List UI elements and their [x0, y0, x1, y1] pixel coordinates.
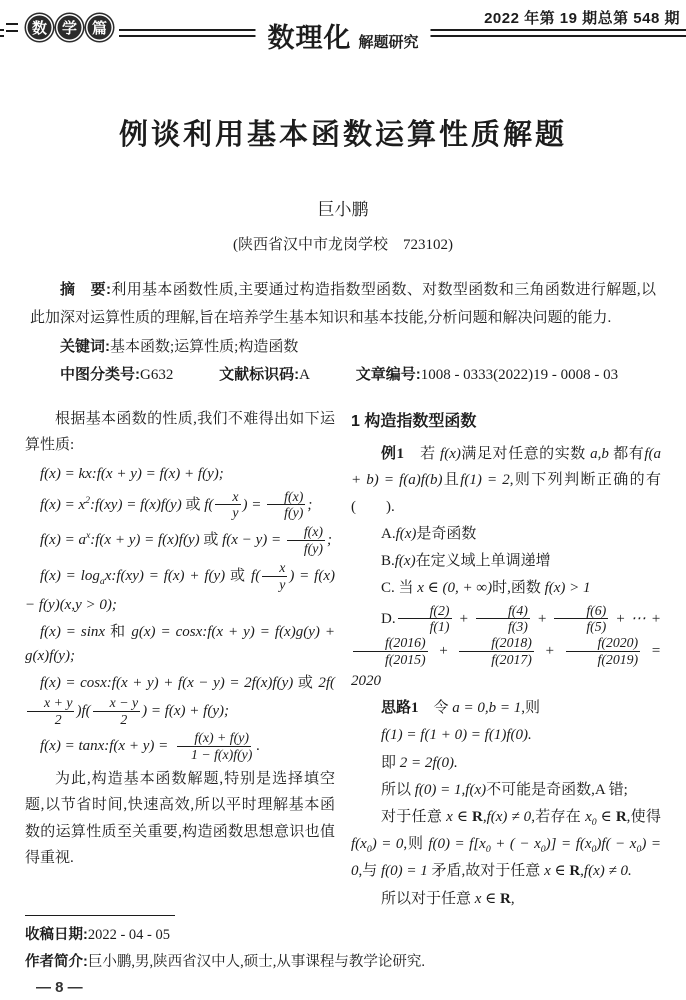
footnote-rule: [25, 915, 175, 916]
badge-coin: 数: [26, 14, 53, 41]
author-bio-line: 作者简介:巨小鹏,男,陕西省汉中人,硕士,从事课程与教学论研究.: [25, 949, 661, 976]
article-id-label: 文章编号:: [356, 366, 421, 383]
option-b: B.f(x)在定义域上单调递增: [351, 548, 661, 574]
clc-label: 中图分类号:: [60, 366, 140, 383]
author-bio-label: 作者简介:: [25, 954, 88, 970]
journal-subtitle: 解题研究: [358, 31, 418, 52]
solution-step-3: 所以 f(0) = 1,f(x)不可能是奇函数,A 错;: [351, 777, 661, 803]
left-column: 根据基本函数的性质,我们不难得出如下运算性质: f(x) = kx:f(x + …: [25, 406, 335, 913]
clc-pair: 中图分类号:G632: [60, 367, 173, 383]
received-date-value: 2022 - 04 - 05: [88, 927, 170, 943]
solution-step-1: f(1) = f(1 + 0) = f(1)f(0).: [351, 722, 661, 748]
solution-step-2: 即 2 = 2f(0).: [351, 750, 661, 776]
keywords-label: 关键词:: [60, 338, 110, 355]
author-bio-text: 巨小鹏,男,陕西省汉中人,硕士,从事课程与教学论研究.: [88, 954, 425, 970]
article-affiliation: (陕西省汉中市龙岗学校 723102): [0, 233, 686, 254]
clc-value: G632: [140, 367, 173, 383]
received-date-line: 收稿日期:2022 - 04 - 05: [25, 922, 661, 949]
page-number: — 8 —: [36, 979, 83, 996]
doc-code-label: 文献标识码:: [219, 366, 299, 383]
section-badge: 数 学 篇: [4, 14, 119, 41]
formula-logarithm: f(x) = logax:f(xy) = f(x) + f(y) 或 f(xy)…: [25, 560, 335, 617]
abstract: 摘 要:利用基本函数性质,主要通过构造指数型函数、对数型函数和三角函数进行解题,…: [30, 276, 656, 333]
article-body: 根据基本函数的性质,我们不难得出如下运算性质: f(x) = kx:f(x + …: [25, 406, 661, 913]
example-1-statement: 例1 若 f(x)满足对任意的实数 a,b 都有f(a + b) = f(a)f…: [351, 441, 661, 520]
keywords-text: 基本函数;运算性质;构造函数: [110, 339, 298, 355]
right-column: 1 构造指数型函数 例1 若 f(x)满足对任意的实数 a,b 都有f(a + …: [351, 406, 661, 913]
closing-paragraph: 为此,构造基本函数解题,特别是选择填空题,以节省时间,快速高效,所以平时理解基本…: [25, 766, 335, 871]
formula-exponential: f(x) = ax:f(x + y) = f(x)f(y) 或 f(x − y)…: [25, 524, 335, 557]
badge-coin: 篇: [86, 14, 113, 41]
option-d: D.f(2)f(1) + f(4)f(3) + f(6)f(5) + ⋯ + f…: [351, 603, 661, 695]
formula-square: f(x) = x2:f(xy) = f(x)f(y) 或 f(xy) = f(x…: [25, 489, 335, 522]
badge-coin: 学: [56, 14, 83, 41]
formula-tan: f(x) = tanx:f(x + y) = f(x) + f(y)1 − f(…: [25, 730, 335, 763]
idea-1: 思路1 令 a = 0,b = 1,则: [351, 695, 661, 721]
footnote-block: 收稿日期:2022 - 04 - 05 作者简介:巨小鹏,男,陕西省汉中人,硕士…: [25, 915, 661, 976]
journal-name: 数理化: [267, 16, 351, 55]
article-id-pair: 文章编号:1008 - 0333(2022)19 - 0008 - 03: [356, 367, 618, 383]
badge-dash-icon: [6, 23, 18, 32]
received-date-label: 收稿日期:: [25, 927, 88, 943]
intro-paragraph: 根据基本函数的性质,我们不难得出如下运算性质:: [25, 406, 335, 459]
option-a: A.f(x)是奇函数: [351, 521, 661, 547]
journal-page: 数 学 篇 数理化 解题研究 2022 年第 19 期总第 548 期 例谈利用…: [0, 0, 686, 1000]
article-author: 巨小鹏: [0, 195, 686, 220]
contradiction-paragraph: 对于任意 x ∈ R,f(x) ≠ 0,若存在 x0 ∈ R,使得f(x0) =…: [351, 804, 661, 884]
section-1-heading: 1 构造指数型函数: [351, 408, 661, 431]
formula-linear: f(x) = kx:f(x + y) = f(x) + f(y);: [25, 462, 335, 486]
classification-line: 中图分类号:G632 文献标识码:A 文章编号:1008 - 0333(2022…: [30, 361, 656, 390]
conclusion-paragraph: 所以对于任意 x ∈ R,: [351, 886, 661, 912]
abstract-label: 摘 要:: [60, 281, 111, 298]
keywords: 关键词:基本函数;运算性质;构造函数: [30, 333, 656, 362]
issue-info: 2022 年第 19 期总第 548 期: [484, 7, 680, 28]
journal-header: 数 学 篇 数理化 解题研究 2022 年第 19 期总第 548 期: [0, 10, 686, 60]
formula-sin-cos: f(x) = sinx 和 g(x) = cosx:f(x + y) = f(x…: [25, 620, 335, 668]
doc-code-value: A: [299, 367, 310, 383]
article-id-value: 1008 - 0333(2022)19 - 0008 - 03: [421, 367, 618, 383]
article-meta: 摘 要:利用基本函数性质,主要通过构造指数型函数、对数型函数和三角函数进行解题,…: [30, 276, 656, 390]
article-title: 例谈利用基本函数运算性质解题: [0, 112, 686, 153]
abstract-text: 利用基本函数性质,主要通过构造指数型函数、对数型函数和三角函数进行解题,以此加深…: [30, 282, 656, 326]
doc-code-pair: 文献标识码:A: [219, 367, 310, 383]
formula-cos: f(x) = cosx:f(x + y) + f(x − y) = 2f(x)f…: [25, 671, 335, 728]
option-c: C. 当 x ∈ (0, + ∞)时,函数 f(x) > 1: [351, 575, 661, 601]
journal-logo: 数理化 解题研究: [255, 16, 430, 55]
